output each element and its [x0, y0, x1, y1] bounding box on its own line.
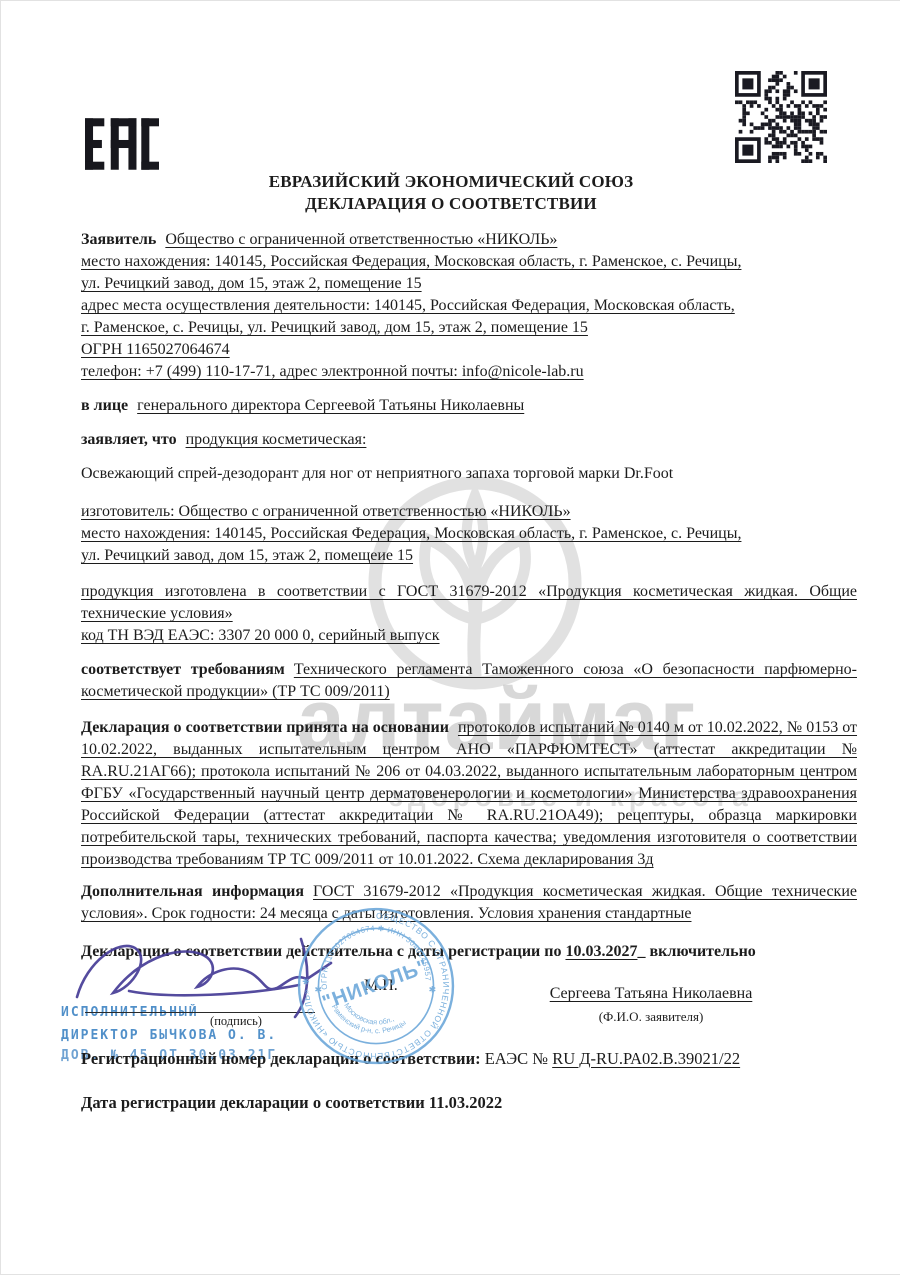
compliance-label: соответствует требованиям [81, 661, 285, 678]
product-name: Освежающий спрей-дезодорант для ног от н… [81, 463, 857, 485]
applicant-contacts: телефон: +7 (499) 110-17-71, адрес элект… [81, 361, 857, 383]
declaration-document: алтаймаг здоровье и красота ЕВРАЗИЙСКИЙ … [0, 0, 900, 1275]
declares-line: заявляет, чтопродукция косметическая: [81, 429, 857, 451]
additional-paragraph: Дополнительная информацияГОСТ 31679-2012… [81, 881, 857, 925]
applicant-label: Заявитель [81, 231, 156, 248]
registration-number-line: Регистрационный номер декларации о соотв… [81, 1049, 871, 1069]
company-round-stamp: ОБЩЕСТВО С ОГРАНИЧЕННОЙ ОТВЕТСТВЕННОСТЬЮ… [295, 905, 457, 1072]
title-line-1: ЕВРАЗИЙСКИЙ ЭКОНОМИЧЕСКИЙ СОЮЗ [1, 171, 900, 193]
production-standard: продукция изготовлена в соответствии с Г… [81, 581, 857, 625]
stamp-star-right: ✱ [429, 984, 436, 994]
registration-date-line: Дата регистрации декларации о соответств… [81, 1093, 871, 1113]
production-code: код ТН ВЭД ЕАЭС: 3307 20 000 0, серийный… [81, 625, 857, 647]
applicant-address-4: г. Раменское, с. Речицы, ул. Речицкий за… [81, 317, 857, 339]
document-title: ЕВРАЗИЙСКИЙ ЭКОНОМИЧЕСКИЙ СОЮЗ ДЕКЛАРАЦИ… [1, 171, 900, 215]
applicant-name: Общество с ограниченной ответственностью… [165, 231, 557, 248]
applicant-fio-caption: (Ф.И.О. заявителя) [521, 1009, 781, 1025]
declares-label: заявляет, что [81, 431, 177, 448]
registration-prefix: ЕАЭС № [485, 1049, 548, 1068]
applicant-fio: Сергеева Татьяна Николаевна [521, 985, 781, 1003]
applicant-line: ЗаявительОбщество с ограниченной ответст… [81, 229, 857, 251]
applicant-address-3: адрес места осуществления деятельности: … [81, 295, 857, 317]
applicant-address-1: место нахождения: 140145, Российская Фед… [81, 251, 857, 273]
title-line-2: ДЕКЛАРАЦИЯ О СООТВЕТСТВИИ [1, 193, 900, 215]
basis-paragraph: Декларация о соответствии принята на осн… [81, 717, 857, 871]
person-label: в лице [81, 397, 128, 414]
person-value: генерального директора Сергеевой Татьяны… [137, 397, 524, 414]
executive-stamp-line-2: ДИРЕКТОР БЫЧКОВА О. В. [61, 1028, 277, 1043]
stamp-center-name: "НИКОЛЬ" [320, 956, 432, 1015]
eac-logo [85, 117, 159, 176]
manufacturer-line-2: место нахождения: 140145, Российская Фед… [81, 523, 857, 545]
registration-number: RU Д-RU.РА02.В.39021/22 [552, 1049, 740, 1068]
basis-label: Декларация о соответствии принята на осн… [81, 719, 449, 736]
basis-value: протоколов испытаний № 0140 м от 10.02.2… [81, 719, 857, 868]
applicant-address-2: ул. Речицкий завод, дом 15, этаж 2, поме… [81, 273, 857, 295]
manufacturer-line-1: изготовитель: Общество с ограниченной от… [81, 501, 857, 523]
validity-date: 10.03.2027 [565, 943, 637, 960]
qr-code [735, 71, 827, 168]
person-line: в лицегенерального директора Сергеевой Т… [81, 395, 857, 417]
manufacturer-line-3: ул. Речицкий завод, дом 15, этаж 2, поме… [81, 545, 857, 567]
declares-value: продукция косметическая: [186, 431, 367, 448]
document-body: ЗаявительОбщество с ограниченной ответст… [81, 229, 857, 963]
compliance-paragraph: соответствует требованиямТехнического ре… [81, 659, 857, 703]
applicant-ogrn: ОГРН 1165027064674 [81, 339, 857, 361]
additional-label: Дополнительная информация [81, 883, 304, 900]
registration-date: 11.03.2022 [429, 1093, 502, 1112]
